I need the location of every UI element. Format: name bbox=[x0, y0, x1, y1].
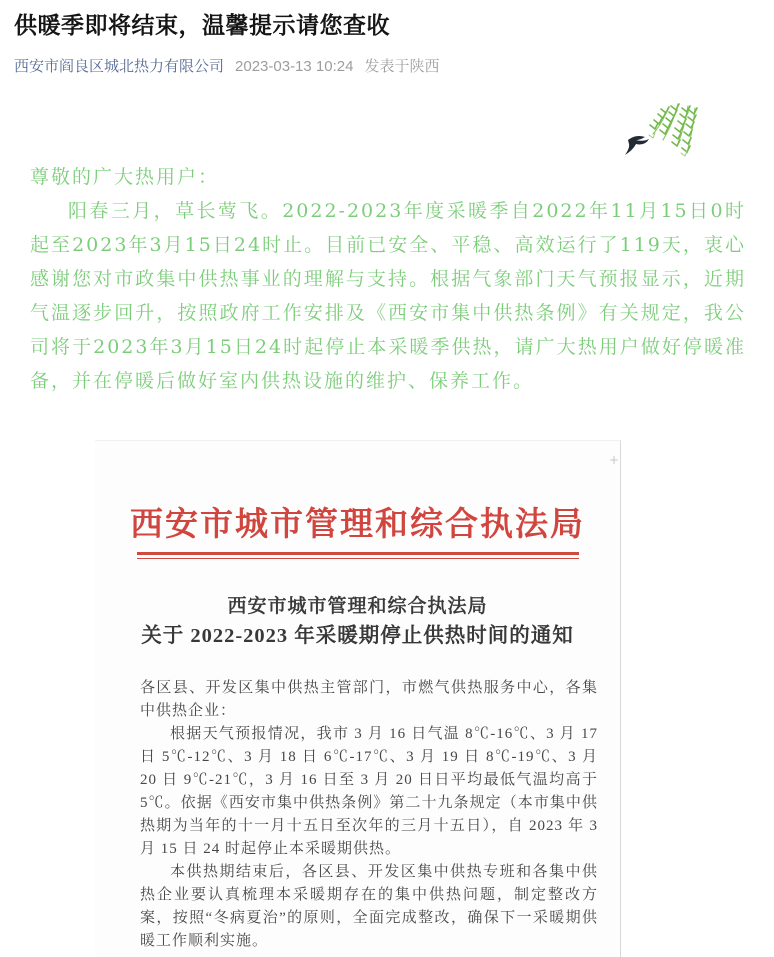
registration-mark: + bbox=[609, 453, 619, 467]
red-divider bbox=[137, 552, 579, 559]
letter-salutation: 尊敬的广大热用户： bbox=[30, 160, 746, 194]
account-name-link[interactable]: 西安市阎良区城北热力有限公司 bbox=[14, 55, 224, 76]
publish-timestamp: 2023-03-13 10:24 bbox=[235, 58, 353, 75]
page-title: 供暖季即将结束，温馨提示请您查收 bbox=[14, 9, 754, 41]
letter-body: 阳春三月，草长莺飞。2022-2023年度采暖季自2022年11月15日0时起至… bbox=[30, 194, 746, 398]
notice-paragraph: 根据天气预报情况，我市 3 月 16 日气温 8℃-16℃、3 月 17 日 5… bbox=[140, 723, 598, 861]
notice-title-line2: 关于 2022-2023 年采暖期停止供热时间的通知 bbox=[95, 623, 620, 650]
letter-section: 尊敬的广大热用户： 阳春三月，草长莺飞。2022-2023年度采暖季自2022年… bbox=[30, 160, 746, 398]
official-notice-image[interactable]: + 西安市城市管理和综合执法局 西安市城市管理和综合执法局 关于 2022-20… bbox=[95, 440, 621, 957]
notice-paragraph: 本供热期结束后，各区县、开发区集中供热专班和各集中供热企业要认真梳理本采暖期存在… bbox=[140, 861, 598, 953]
notice-paragraph: 各区县、开发区集中供热主管部门，市燃气供热服务中心，各集中供热企业： bbox=[140, 677, 598, 723]
publish-location: 发表于陕西 bbox=[364, 55, 439, 76]
article-page: { "page": { "title": "供暖季即将结束，温馨提示请您查收",… bbox=[0, 0, 774, 957]
agency-red-header: 西安市城市管理和综合执法局 bbox=[95, 505, 620, 545]
byline: 西安市阎良区城北热力有限公司 2023-03-13 10:24 发表于陕西 bbox=[14, 55, 754, 76]
notice-body: 各区县、开发区集中供热主管部门，市燃气供热服务中心，各集中供热企业： 根据天气预… bbox=[95, 677, 620, 953]
swallow-silhouette bbox=[625, 136, 649, 155]
notice-title-line1: 西安市城市管理和综合执法局 bbox=[95, 595, 620, 619]
